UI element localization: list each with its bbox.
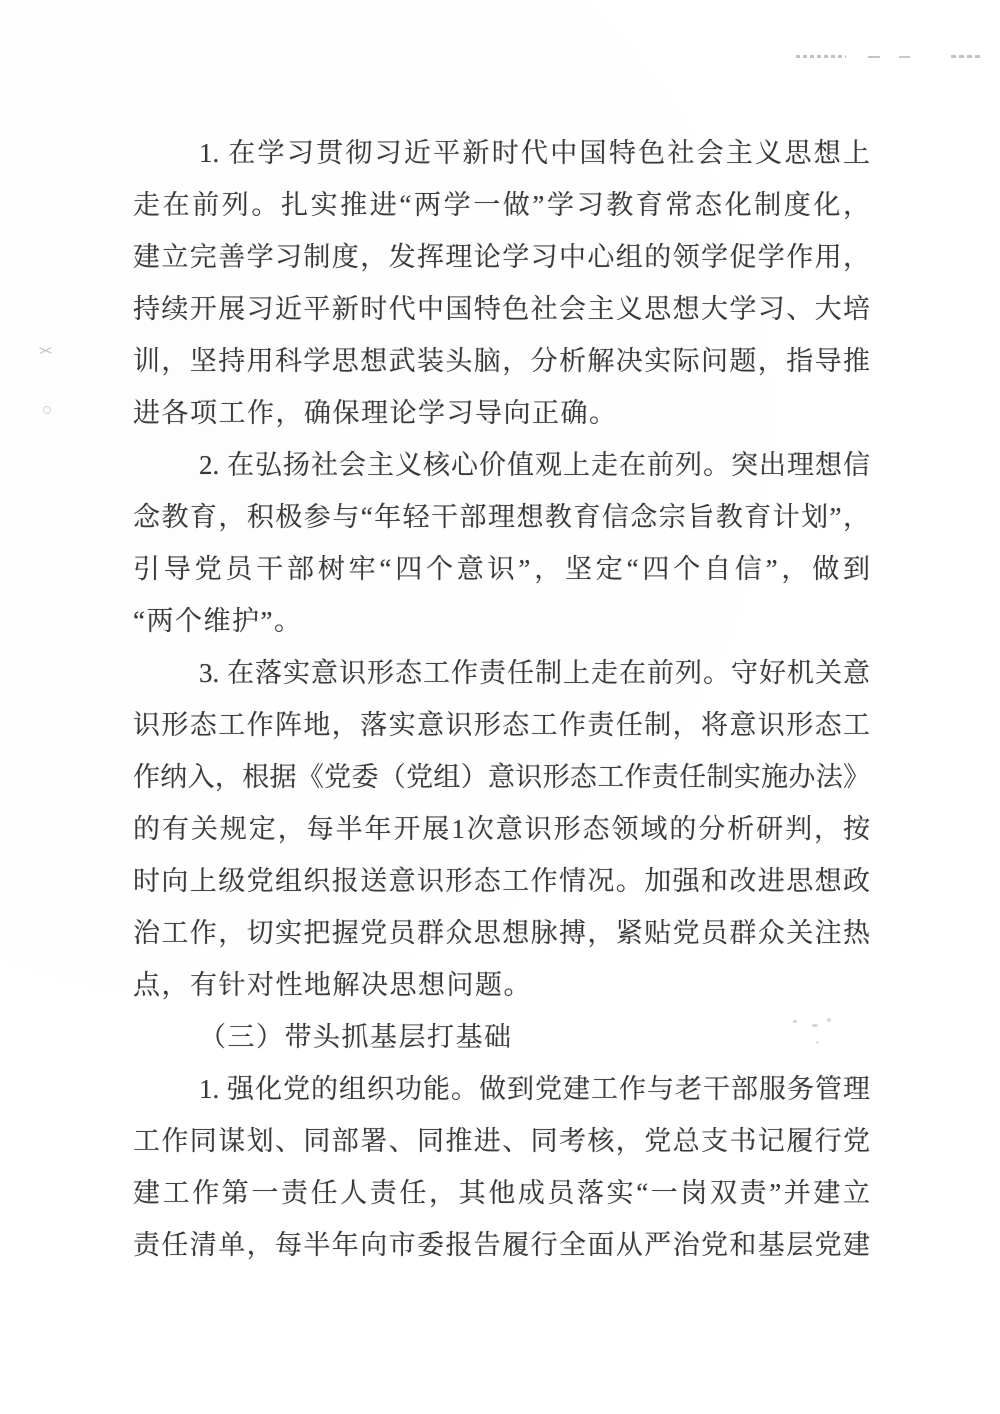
document-line: 持续开展习近平新时代中国特色社会主义思想大学习、大培: [133, 283, 870, 335]
document-line: 责任清单，每半年向市委报告履行全面从严治党和基层党建: [133, 1219, 870, 1271]
document-line: 建立完善学习制度，发挥理论学习中心组的领学促学作用，: [133, 231, 870, 283]
scan-artifact-speckle: [43, 406, 51, 414]
document-line: 念教育，积极参与“年轻干部理想教育信念宗旨教育计划”，: [133, 491, 870, 543]
document-line: 1. 强化党的组织功能。做到党建工作与老干部服务管理: [133, 1063, 870, 1115]
document-line: 工作同谋划、同部署、同推进、同考核，党总支书记履行党: [133, 1115, 870, 1167]
scanned-document-page: 1. 在学习贯彻习近平新时代中国特色社会主义思想上 走在前列。扎实推进“两学一做…: [0, 0, 1000, 1414]
document-line: 点，有针对性地解决思想问题。: [133, 959, 870, 1011]
document-body: 1. 在学习贯彻习近平新时代中国特色社会主义思想上 走在前列。扎实推进“两学一做…: [133, 127, 870, 1271]
document-line: 治工作，切实把握党员群众思想脉搏，紧贴党员群众关注热: [133, 907, 870, 959]
document-line: 时向上级党组织报送意识形态工作情况。加强和改进思想政: [133, 855, 870, 907]
document-section-heading: （三）带头抓基层打基础: [133, 1011, 870, 1063]
document-line: 进各项工作，确保理论学习导向正确。: [133, 387, 870, 439]
document-line: “两个维护”。: [133, 595, 870, 647]
scan-artifact-dash: [899, 56, 910, 58]
document-line: 1. 在学习贯彻习近平新时代中国特色社会主义思想上: [133, 127, 870, 179]
document-line: 的有关规定，每半年开展1次意识形态领域的分析研判，按: [133, 803, 870, 855]
document-line: 引导党员干部树牢“四个意识”，坚定“四个自信”，做到: [133, 543, 870, 595]
scan-artifact-speckle: [39, 345, 52, 356]
scan-artifact-dashes: [951, 55, 981, 58]
document-line: 建工作第一责任人责任，其他成员落实“一岗双责”并建立: [133, 1167, 870, 1219]
document-line: 训，坚持用科学思想武装头脑，分析解决实际问题，指导推: [133, 335, 870, 387]
document-line: 2. 在弘扬社会主义核心价值观上走在前列。突出理想信: [133, 439, 870, 491]
document-line: 作纳入，根据《党委（党组）意识形态工作责任制实施办法》: [133, 751, 870, 803]
scan-artifact-dashes: [796, 55, 846, 58]
scan-artifact-dash: [868, 56, 880, 58]
document-line: 走在前列。扎实推进“两学一做”学习教育常态化制度化，: [133, 179, 870, 231]
document-line: 识形态工作阵地，落实意识形态工作责任制，将意识形态工: [133, 699, 870, 751]
document-line: 3. 在落实意识形态工作责任制上走在前列。守好机关意: [133, 647, 870, 699]
